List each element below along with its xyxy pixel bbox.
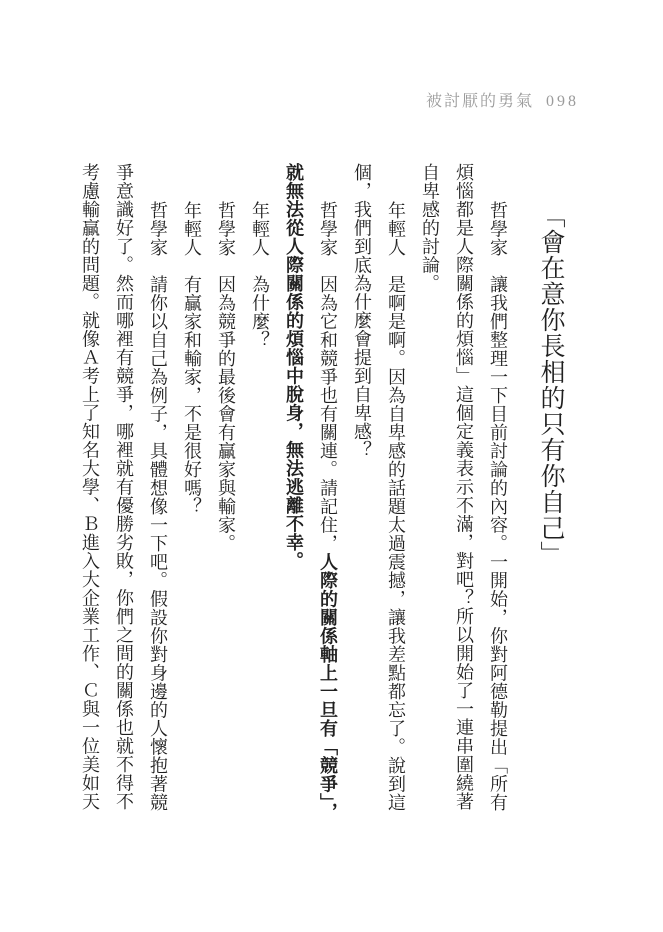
text-column: 爭意識好了。然而哪裡有競爭，哪裡就有優勝劣敗，你們之間的關係也就不得不 (107, 163, 141, 853)
text-column: 就無法從人際關係的煩惱中脫身，無法逃離不幸。 (277, 163, 311, 853)
text-column: 哲學家 因為競爭的最後會有贏家與輸家。 (209, 163, 243, 853)
text-column: 哲學家 因為它和競爭也有關連。請記住，人際的關係軸上一旦有「競爭」， (311, 163, 345, 853)
vertical-text-block: 「會在意你長相的只有你自己」 哲學家 讓我們整理一下目前討論的內容。一開始，你對… (73, 163, 583, 853)
dialogue-columns: 哲學家 讓我們整理一下目前討論的內容。一開始，你對阿德勒提出「所有煩惱都是人際關… (73, 163, 515, 853)
page-number: 098 (546, 93, 579, 110)
body-text: 煩惱都是人際關係的煩惱」這個定義表示不滿，對吧？所以開始了一連串圍繞著 (454, 163, 474, 811)
text-column: 考慮輸贏的問題。就像Ａ考上了知名大學、Ｂ進入大企業工作、Ｃ與一位美如天 (73, 163, 107, 853)
running-header: 被討厭的勇氣098 (426, 88, 579, 111)
text-column: 煩惱都是人際關係的煩惱」這個定義表示不滿，對吧？所以開始了一連串圍繞著 (447, 163, 481, 853)
text-column: 年輕人 有贏家和輸家，不是很好嗎？ (175, 163, 209, 853)
text-column: 年輕人 是啊是啊。因為自卑感的話題太過震撼，讓我差點都忘了。說到這 (379, 163, 413, 853)
emphasized-text: 就無法從人際關係的煩惱中脫身，無法逃離不幸。 (284, 163, 304, 570)
body-text: 哲學家 讓我們整理一下目前討論的內容。一開始，你對阿德勒提出「所有 (488, 201, 508, 812)
body-text: 年輕人 是啊是啊。因為自卑感的話題太過震撼，讓我差點都忘了。說到這 (386, 201, 406, 812)
body-text: 個，我們到底為什麼會提到自卑感？ (352, 163, 372, 459)
body-text: 年輕人 為什麼？ (250, 201, 270, 349)
book-title: 被討厭的勇氣 (426, 93, 534, 110)
section-title: 「會在意你長相的只有你自己」 (529, 163, 571, 853)
book-page: 被討厭的勇氣098 「會在意你長相的只有你自己」 哲學家 讓我們整理一下目前討論… (0, 0, 663, 932)
text-column: 自卑感的討論。 (413, 163, 447, 853)
body-text: 哲學家 請你以自己為例子，具體想像一下吧。假設你對身邊的人懷抱著競 (148, 201, 168, 812)
emphasized-text: 人際的關係軸上一旦有「競爭」， (318, 553, 338, 822)
body-text: 爭意識好了。然而哪裡有競爭，哪裡就有優勝劣敗，你們之間的關係也就不得不 (114, 163, 134, 811)
body-text: 自卑感的討論。 (420, 163, 440, 293)
body-text: 考慮輸贏的問題。就像Ａ考上了知名大學、Ｂ進入大企業工作、Ｃ與一位美如天 (80, 163, 100, 811)
body-text: 年輕人 有贏家和輸家，不是很好嗎？ (182, 201, 202, 516)
body-text: 哲學家 因為競爭的最後會有贏家與輸家。 (216, 201, 236, 553)
text-column: 年輕人 為什麼？ (243, 163, 277, 853)
text-column: 哲學家 請你以自己為例子，具體想像一下吧。假設你對身邊的人懷抱著競 (141, 163, 175, 853)
text-column: 哲學家 讓我們整理一下目前討論的內容。一開始，你對阿德勒提出「所有 (481, 163, 515, 853)
body-text: 哲學家 因為它和競爭也有關連。請記住， (318, 201, 338, 553)
text-column: 個，我們到底為什麼會提到自卑感？ (345, 163, 379, 853)
